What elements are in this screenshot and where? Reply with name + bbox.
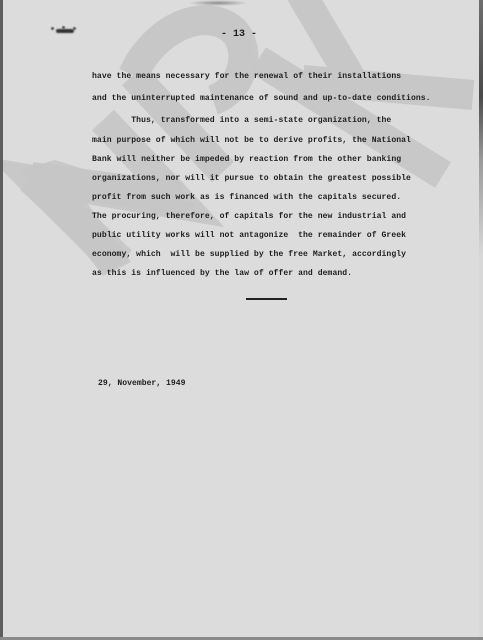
text-line: Thus, transformed into a semi-state orga… [92,116,391,125]
text-line: and the uninterrupted maintenance of sou… [92,94,431,103]
document-date: 29, November, 1949 [98,379,185,388]
text-line: profit from such work as is financed wit… [92,193,401,202]
text-line: public utility works will not antagonize… [92,231,406,240]
text-line: The procuring, therefore, of capitals fo… [92,212,406,221]
text-line: have the means necessary for the renewal… [92,72,401,81]
document-page: - 13 - have the means necessary for the … [3,0,479,637]
section-divider-rule [246,298,287,300]
text-line: organizations, nor will it pursue to obt… [92,174,411,183]
scan-smudge [188,0,248,6]
body-text: have the means necessary for the renewal… [3,0,23,126]
text-line: Bank will neither be impeded by reaction… [92,155,401,164]
file-stamp-mark [51,26,77,34]
text-line: main purpose of which will not be to der… [92,136,411,145]
text-line: as this is influenced by the law of offe… [92,269,352,278]
scan-right-border [479,0,483,640]
text-line: economy, which will be supplied by the f… [92,250,406,259]
page-number: - 13 - [221,29,257,40]
